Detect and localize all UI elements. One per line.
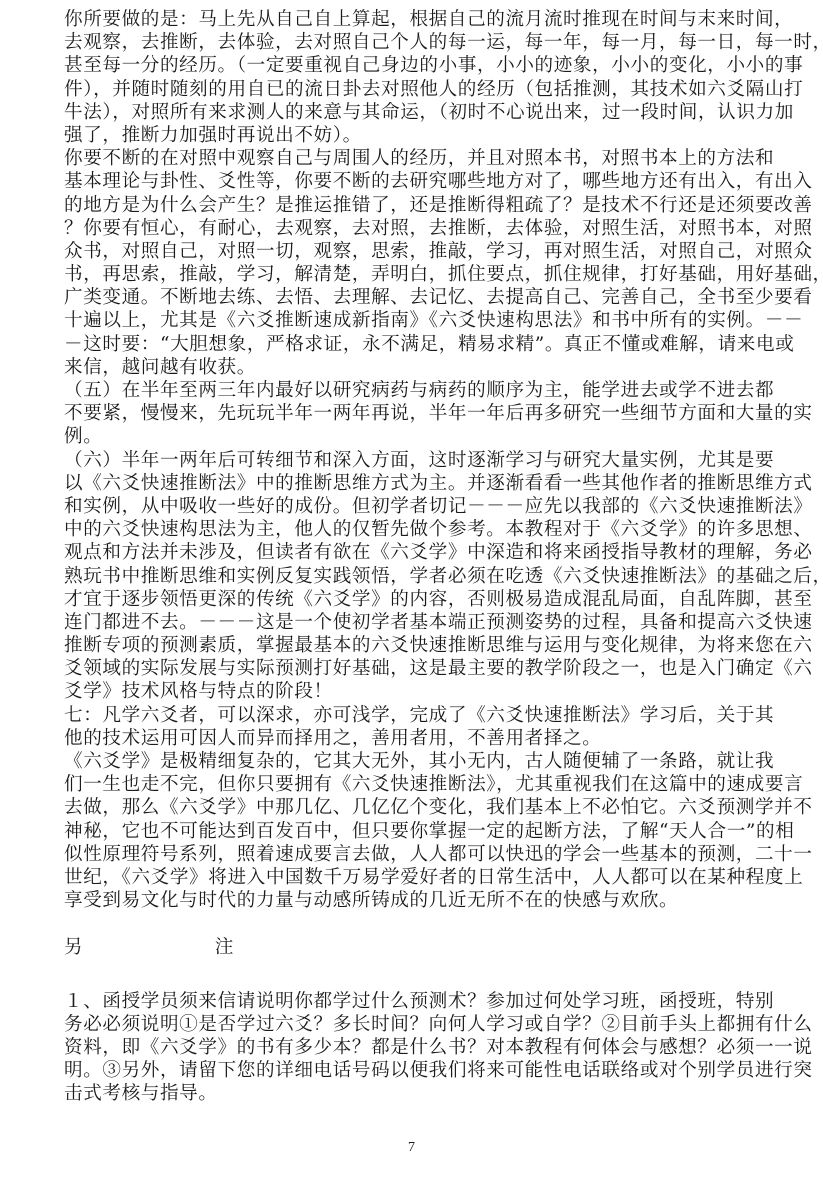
text-line: 务必必须说明①是否学过六爻？多长时间？向何人学习或自学？②目前手头上都拥有什么	[64, 1013, 764, 1036]
text-line: 中的六爻快速构思法为主，他人的仅暂先做个参考。本教程对于《六爻学》的许多思想、	[64, 518, 764, 541]
paragraph-section-5: （五）在半年至两三年内最好以研究病药与病药的顺序为主，能学进去或学不进去都 不要…	[64, 379, 764, 449]
text-line: 熟玩书中推断思维和实例反复实践领悟，学者必须在吃透《六爻快速推断法》的基础之后，	[64, 565, 764, 588]
note-heading-left: 另	[64, 936, 83, 959]
text-line: 众书，对照自己，对照一切，观察，思索，推敲，学习，再对照生活，对照自己，对照众	[64, 240, 764, 263]
text-line: 牛法），对照所有来求测人的来意与其命运，（初时不心说出来，过一段时间，认识力加	[64, 101, 764, 124]
text-line: 们一生也走不完，但你只要拥有《六爻快速推断法》，尤其重视我们在这篇中的速成要言	[64, 773, 764, 796]
paragraph-section-7: 七：凡学六爻者，可以深求，亦可浅学，完成了《六爻快速推断法》学习后，关于其 他的…	[64, 704, 764, 750]
text-line: 来信，越问越有收获。	[64, 356, 764, 379]
text-line: 世纪，《六爻学》将进入中国数千万易学爱好者的日常生活中，人人都可以在某种程度上	[64, 866, 764, 889]
text-line: 例。	[64, 425, 764, 448]
text-line: 连门都进不去。－－－这是一个使初学者基本端正预测姿势的过程，具备和提高六爻快速	[64, 611, 764, 634]
text-line: 以《六爻快速推断法》中的推断思维方式为主。并逐渐看看一些其他作者的推断思维方式	[64, 472, 764, 495]
text-line: 明。③另外，请留下您的详细电话号码以便我们将来可能性电话联络或对个别学员进行突	[64, 1059, 764, 1082]
text-line: 广类变通。不断地去练、去悟、去理解、去记忆、去提高自己、完善自己，全书至少要看	[64, 286, 764, 309]
text-line: 观点和方法并未涉及，但读者有欲在《六爻学》中深造和将来函授指导教材的理解，务必	[64, 541, 764, 564]
text-line: 爻学》技术风格与特点的阶段！	[64, 680, 764, 703]
text-line: １、函授学员须来信请说明你都学过什么预测术？参加过何处学习班，函授班，特别	[64, 990, 764, 1013]
document-page: 你所要做的是：马上先从自己自上算起，根据自己的流月流时推现在时间与末来时间， 去…	[64, 8, 764, 1105]
text-line: －这时要：“大胆想象，严格求证，永不满足，精易求精”。真正不懂或难解，请来电或	[64, 333, 764, 356]
text-line: 强了，推断力加强时再说出不妨）。	[64, 124, 764, 147]
text-line: 去观察，去推断，去体验，去对照自己个人的每一运，每一年，每一月，每一日，每一时，	[64, 31, 764, 54]
text-line: 推断专项的预测素质，掌握最基本的六爻快速推断思维与运用与变化规律，为将来您在六	[64, 634, 764, 657]
text-line: 甚至每一分的经历。（一定要重视自己身边的小事，小小的迹象，小小的变化，小小的事	[64, 54, 764, 77]
paragraph-1: 你所要做的是：马上先从自己自上算起，根据自己的流月流时推现在时间与末来时间， 去…	[64, 8, 764, 147]
note-paragraph: １、函授学员须来信请说明你都学过什么预测术？参加过何处学习班，函授班，特别 务必…	[64, 990, 764, 1106]
paragraph-2: 你要不断的在对照中观察自己与周围人的经历，并且对照本书，对照书本上的方法和 基本…	[64, 147, 764, 379]
spacer	[64, 960, 764, 990]
text-line: 件），并随时随刻的用自已的流日卦去对照他人的经历（包括推测，其技术如六爻隔山打	[64, 78, 764, 101]
text-line: 你要不断的在对照中观察自己与周围人的经历，并且对照本书，对照书本上的方法和	[64, 147, 764, 170]
text-line: 不要紧，慢慢来，先玩玩半年一两年再说，半年一年后再多研究一些细节方面和大量的实	[64, 402, 764, 425]
text-line: 似性原理符号系列，照着速成要言去做，人人都可以快迅的学会一些基本的预测，二十一	[64, 843, 764, 866]
text-line: 资料，即《六爻学》的书有多少本？都是什么书？对本教程有何体会与感想？必须一一说	[64, 1036, 764, 1059]
text-line: 七：凡学六爻者，可以深求，亦可浅学，完成了《六爻快速推断法》学习后，关于其	[64, 704, 764, 727]
text-line: 他的技术运用可因人而异而择用之，善用者用，不善用者择之。	[64, 727, 764, 750]
text-line: 《六爻学》是极精细复杂的，它其大无外，其小无内，古人随便辅了一条路，就让我	[64, 750, 764, 773]
text-line: 爻领域的实际发展与实际预测打好基础，这是最主要的教学阶段之一，也是入门确定《六	[64, 657, 764, 680]
paragraph-section-6: （六）半年一两年后可转细节和深入方面，这时逐渐学习与研究大量实例，尤其是要 以《…	[64, 449, 764, 704]
text-line: 书，再思索，推敲，学习，解清楚，弄明白，抓住要点，抓住规律，打好基础，用好基础，	[64, 263, 764, 286]
text-line: 你所要做的是：马上先从自己自上算起，根据自己的流月流时推现在时间与末来时间，	[64, 8, 764, 31]
text-line: 享受到易文化与时代的力量与动感所铸成的几近无所不在的快感与欢欣。	[64, 889, 764, 912]
text-line: 去做，那么《六爻学》中那几亿、几亿亿个变化，我们基本上不必怕它。六爻预测学并不	[64, 796, 764, 819]
text-line: （五）在半年至两三年内最好以研究病药与病药的顺序为主，能学进去或学不进去都	[64, 379, 764, 402]
text-line: 神秘，它也不可能达到百发百中，但只要你掌握一定的起断方法，了解“天人合一”的相	[64, 820, 764, 843]
paragraph-conclusion: 《六爻学》是极精细复杂的，它其大无外，其小无内，古人随便辅了一条路，就让我 们一…	[64, 750, 764, 912]
text-line: 才宜于逐步领悟更深的传统《六爻学》的内容，否则极易造成混乱局面，自乱阵脚，甚至	[64, 588, 764, 611]
text-line: 击式考核与指导。	[64, 1082, 764, 1105]
text-line: 的地方是为什么会产生？是推运推错了，还是推断得粗疏了？是技术不行还是还须要改善	[64, 194, 764, 217]
text-line: 基本理论与卦性、爻性等，你要不断的去研究哪些地方对了，哪些地方还有出入，有出入	[64, 170, 764, 193]
note-heading-right: 注	[215, 936, 234, 959]
note-heading: 另 注	[64, 936, 234, 959]
text-line: 十遍以上，尤其是《六爻推断速成新指南》《六爻快速构思法》和书中所有的实例。－－	[64, 309, 764, 332]
page-number: 7	[0, 1140, 823, 1156]
text-line: 和实例，从中吸收一些好的成份。但初学者切记－－－应先以我部的《六爻快速推断法》	[64, 495, 764, 518]
text-line: ？你要有恒心，有耐心，去观察，去对照，去推断，去体验，对照生活，对照书本，对照	[64, 217, 764, 240]
text-line: （六）半年一两年后可转细节和深入方面，这时逐渐学习与研究大量实例，尤其是要	[64, 449, 764, 472]
spacer	[64, 912, 764, 936]
